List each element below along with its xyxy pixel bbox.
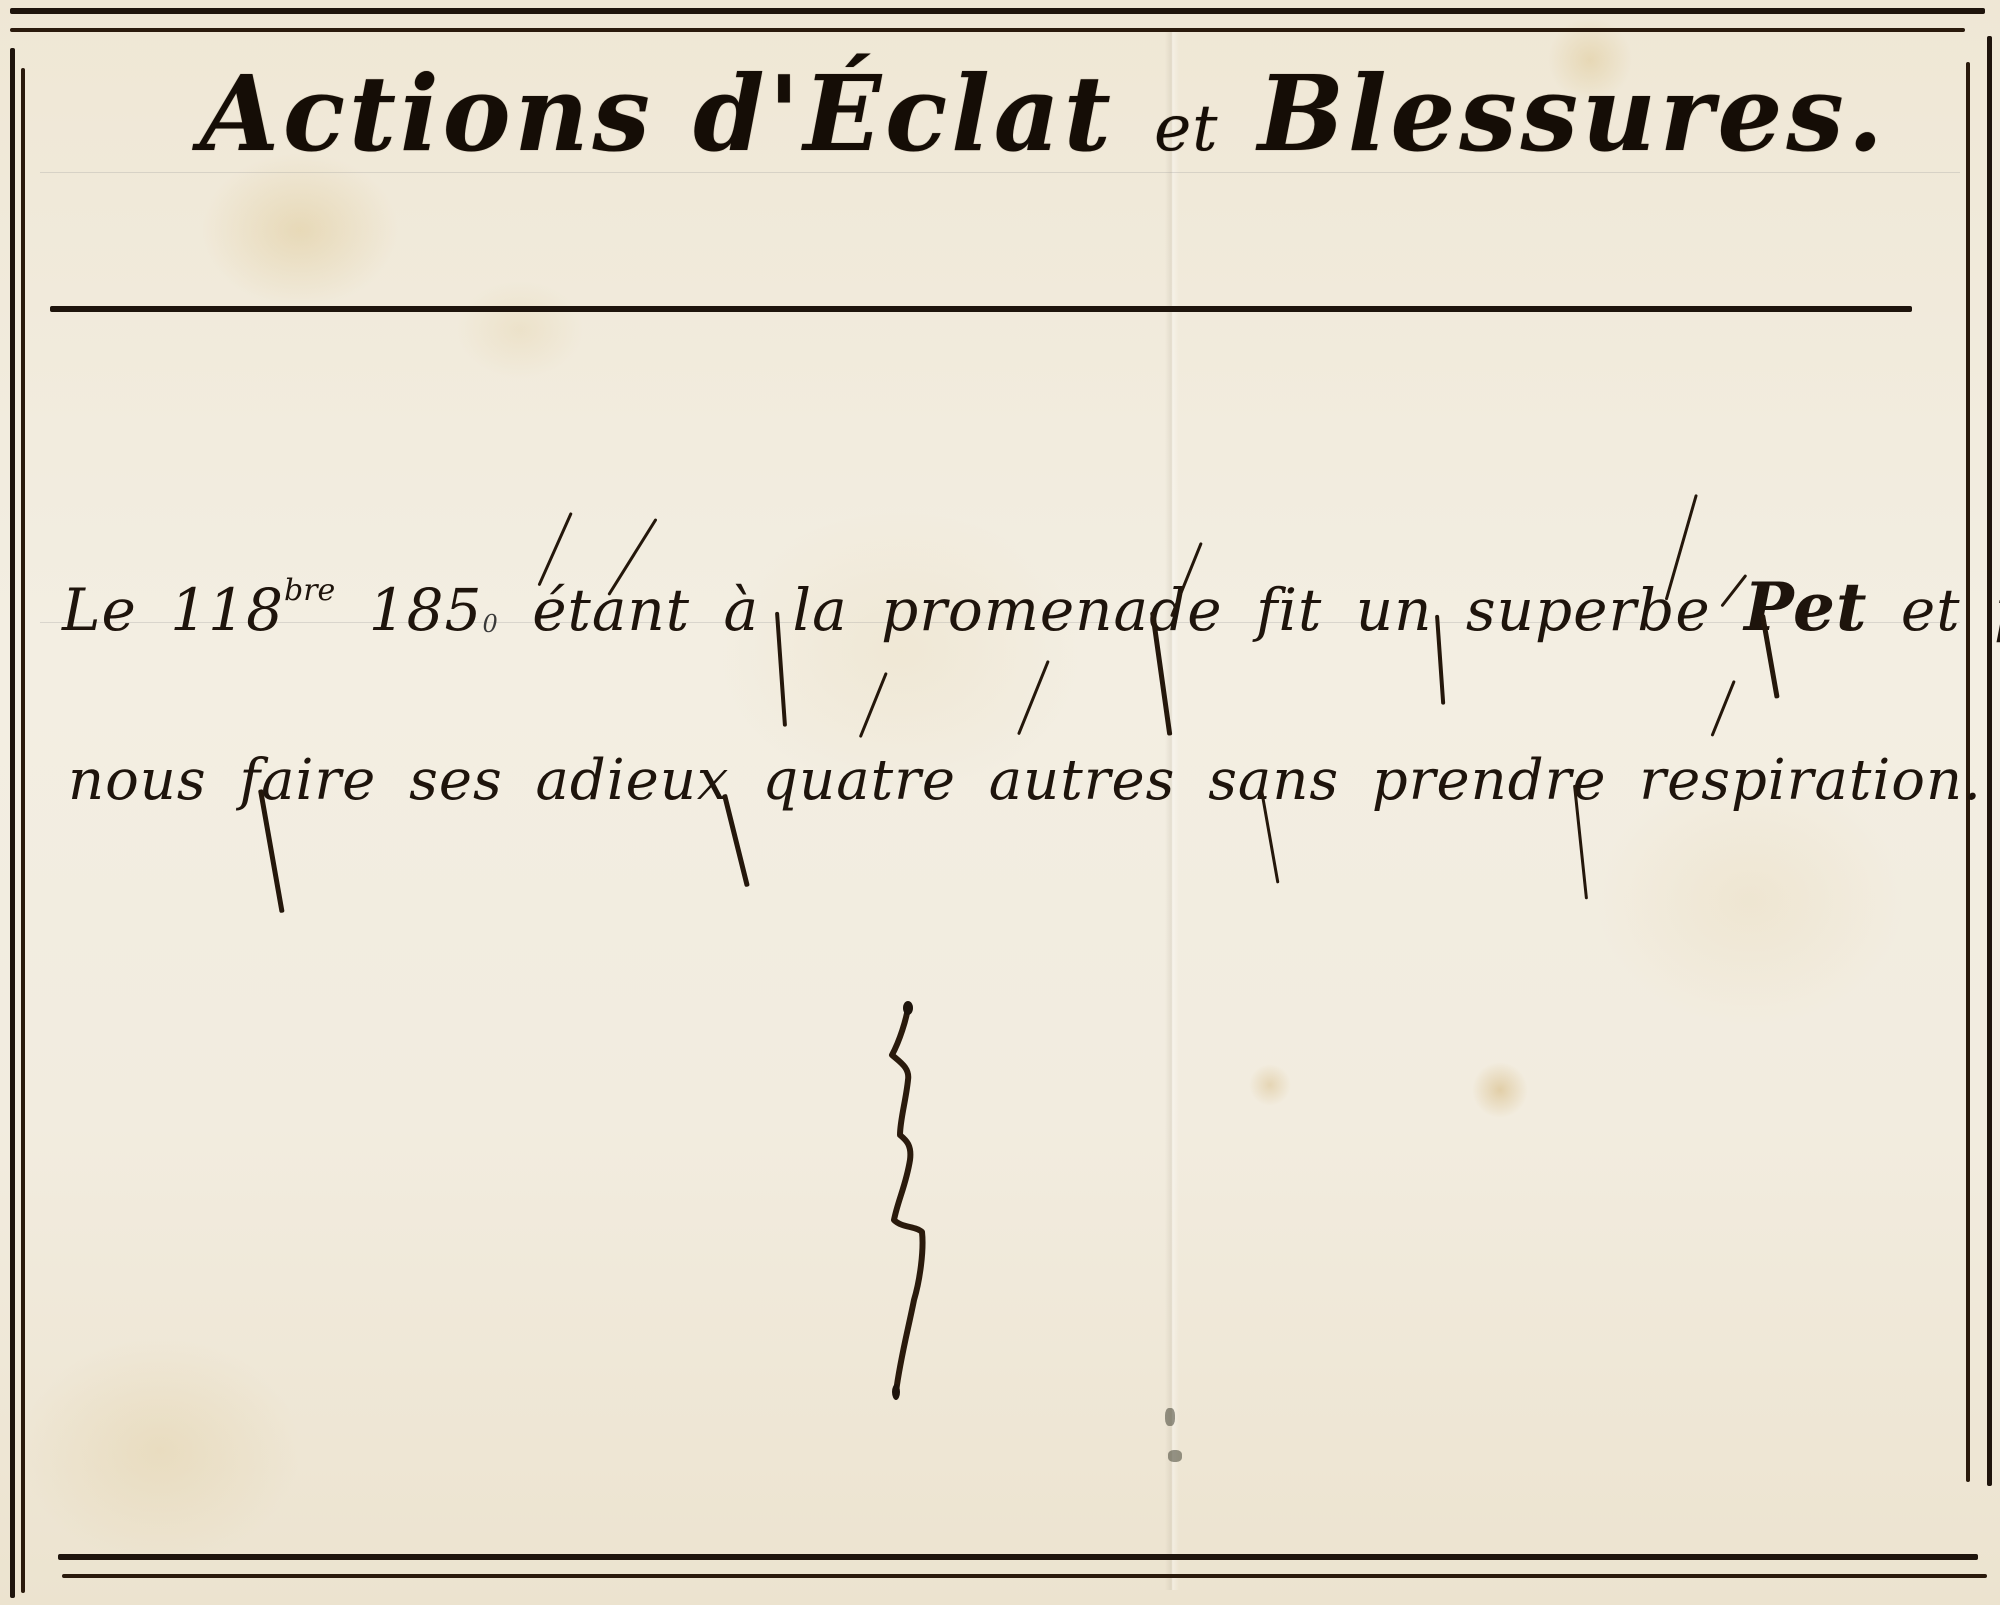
title-period: . (1848, 52, 1887, 175)
title-word-blessures: Blessures (1258, 52, 1848, 175)
border-bottom-outer (58, 1554, 1978, 1560)
title-word-actions: Actions (200, 52, 654, 175)
line1-text-b: et pour (1901, 576, 2000, 644)
date-year: 185 (369, 576, 483, 644)
body-line-2: nous faire ses adieux quatre autres sans… (68, 748, 1982, 813)
title-word-et: et (1154, 92, 1218, 166)
crease-stain (1168, 1450, 1182, 1462)
title-word-eclat: d'Éclat (693, 52, 1114, 175)
line1-text-a: étant à la promenade fit un superbe (532, 576, 1710, 644)
border-top-outer (10, 8, 1985, 14)
word-le: Le (62, 576, 137, 644)
border-left-inner (21, 68, 25, 1593)
date-year-subscript: 0 (482, 610, 498, 638)
title-divider (50, 306, 1912, 312)
date-month-superscript: bre (284, 573, 335, 608)
border-bottom-inner (62, 1574, 1987, 1578)
body-line-1: Le 118bre 1850 étant à la promenade fit … (62, 568, 2000, 646)
border-top-inner (10, 28, 1965, 32)
date-month: 8 (246, 576, 284, 644)
page-title: Actions d'Éclat et Blessures. (200, 52, 1887, 175)
border-right-outer (1987, 36, 1992, 1486)
crease-stain (1165, 1408, 1175, 1426)
zigzag-flourish-icon (870, 1000, 950, 1400)
border-left-outer (10, 48, 15, 1598)
line2-text: nous faire ses adieux quatre autres sans… (68, 748, 1982, 813)
date-day: 11 (170, 576, 246, 644)
